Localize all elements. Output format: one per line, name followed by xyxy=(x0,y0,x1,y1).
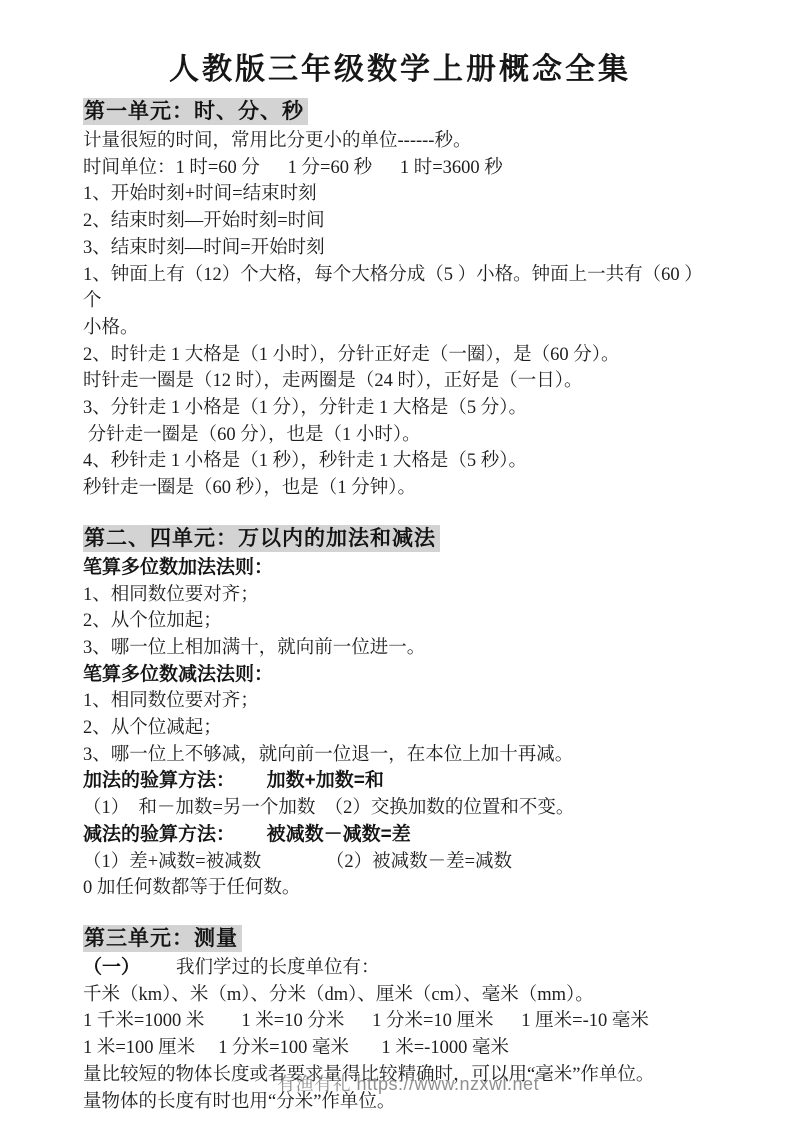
text-line: 1、相同数位要对齐； xyxy=(83,688,717,715)
text-line: 千米（km）、米（m）、分米（dm）、厘米（cm）、毫米（mm）。 xyxy=(83,982,717,1009)
text-line: 2、从个位加起； xyxy=(83,608,717,635)
watermark: 有渔有礼 https://www.nzxwl.net xyxy=(277,1070,539,1096)
text-line: 3、哪一位上相加满十，就向前一位进一。 xyxy=(83,635,717,662)
text-line: 时针走一圈是（12 时），走两圈是（24 时），正好是（一日）。 xyxy=(83,368,717,395)
section-header: 第三单元：测量 xyxy=(83,925,717,955)
section-unit-2-4: 第二、四单元：万以内的加法和减法 笔算多位数加法法则： 1、相同数位要对齐； 2… xyxy=(83,525,717,902)
text-line: 1、钟面上有（12）个大格，每个大格分成（5 ）小格。钟面上一共有（60 ）个 xyxy=(83,262,717,315)
text-line: 4、秒针走 1 小格是（1 秒），秒针走 1 大格是（5 秒）。 xyxy=(83,448,717,475)
text-line: 3、分针走 1 小格是（1 分），分针走 1 大格是（5 分）。 xyxy=(83,395,717,422)
subheading-addition-rules: 笔算多位数加法法则： xyxy=(83,555,717,582)
text-line: 秒针走一圈是（60 秒），也是（1 分钟）。 xyxy=(83,475,717,502)
intro-text: 我们学过的长度单位有： xyxy=(176,958,380,978)
text-line: 分针走一圈是（60 分），也是（1 小时）。 xyxy=(83,422,717,449)
document-page: 人教版三年级数学上册概念全集 第一单元：时、分、秒 计量很短的时间，常用比分更小… xyxy=(0,0,793,1122)
text-line: 1 千米=1000 米 1 米=10 分米 1 分米=10 厘米 1 厘米=-1… xyxy=(83,1008,717,1035)
text-line: 2、结束时刻—开始时刻=时间 xyxy=(83,208,717,235)
text-line: （1） 和－加数=另一个加数 （2）交换加数的位置和不变。 xyxy=(83,795,717,822)
text-line: 0 加任何数都等于任何数。 xyxy=(83,875,717,902)
text-line: 计量很短的时间，常用比分更小的单位------秒。 xyxy=(83,128,717,155)
list-marker-one: （一） xyxy=(83,957,140,978)
subheading-subtraction-check: 减法的验算方法： 被减数－减数=差 xyxy=(83,822,717,849)
text-line: 2、时针走 1 大格是（1 小时），分针正好走（一圈），是（60 分）。 xyxy=(83,342,717,369)
text-line: 1、相同数位要对齐； xyxy=(83,582,717,609)
text-line: 1、开始时刻+时间=结束时刻 xyxy=(83,181,717,208)
section-header: 第一单元：时、分、秒 xyxy=(83,98,717,128)
section-header-highlight: 第一单元：时、分、秒 xyxy=(83,98,308,125)
text-line: 2、从个位减起； xyxy=(83,715,717,742)
text-line: 小格。 xyxy=(83,315,717,342)
text-line: （1）差+减数=被减数 （2）被减数－差=减数 xyxy=(83,849,717,876)
section-header-highlight: 第三单元：测量 xyxy=(83,925,242,952)
document-content: 人教版三年级数学上册概念全集 第一单元：时、分、秒 计量很短的时间，常用比分更小… xyxy=(83,50,717,1115)
text-line: 1 米=100 厘米 1 分米=100 毫米 1 米=-1000 毫米 xyxy=(83,1035,717,1062)
subheading-subtraction-rules: 笔算多位数减法法则： xyxy=(83,662,717,689)
text-line: 时间单位：1 时=60 分 1 分=60 秒 1 时=3600 秒 xyxy=(83,155,717,182)
section-header-highlight: 第二、四单元：万以内的加法和减法 xyxy=(83,525,440,552)
section-header: 第二、四单元：万以内的加法和减法 xyxy=(83,525,717,555)
page-title: 人教版三年级数学上册概念全集 xyxy=(83,50,717,90)
text-line: （一）我们学过的长度单位有： xyxy=(83,955,717,982)
section-unit-1: 第一单元：时、分、秒 计量很短的时间，常用比分更小的单位------秒。 时间单… xyxy=(83,98,717,502)
text-line: 3、结束时刻—时间=开始时刻 xyxy=(83,235,717,262)
text-line: 3、哪一位上不够减，就向前一位退一，在本位上加十再减。 xyxy=(83,742,717,769)
subheading-addition-check: 加法的验算方法： 加数+加数=和 xyxy=(83,768,717,795)
